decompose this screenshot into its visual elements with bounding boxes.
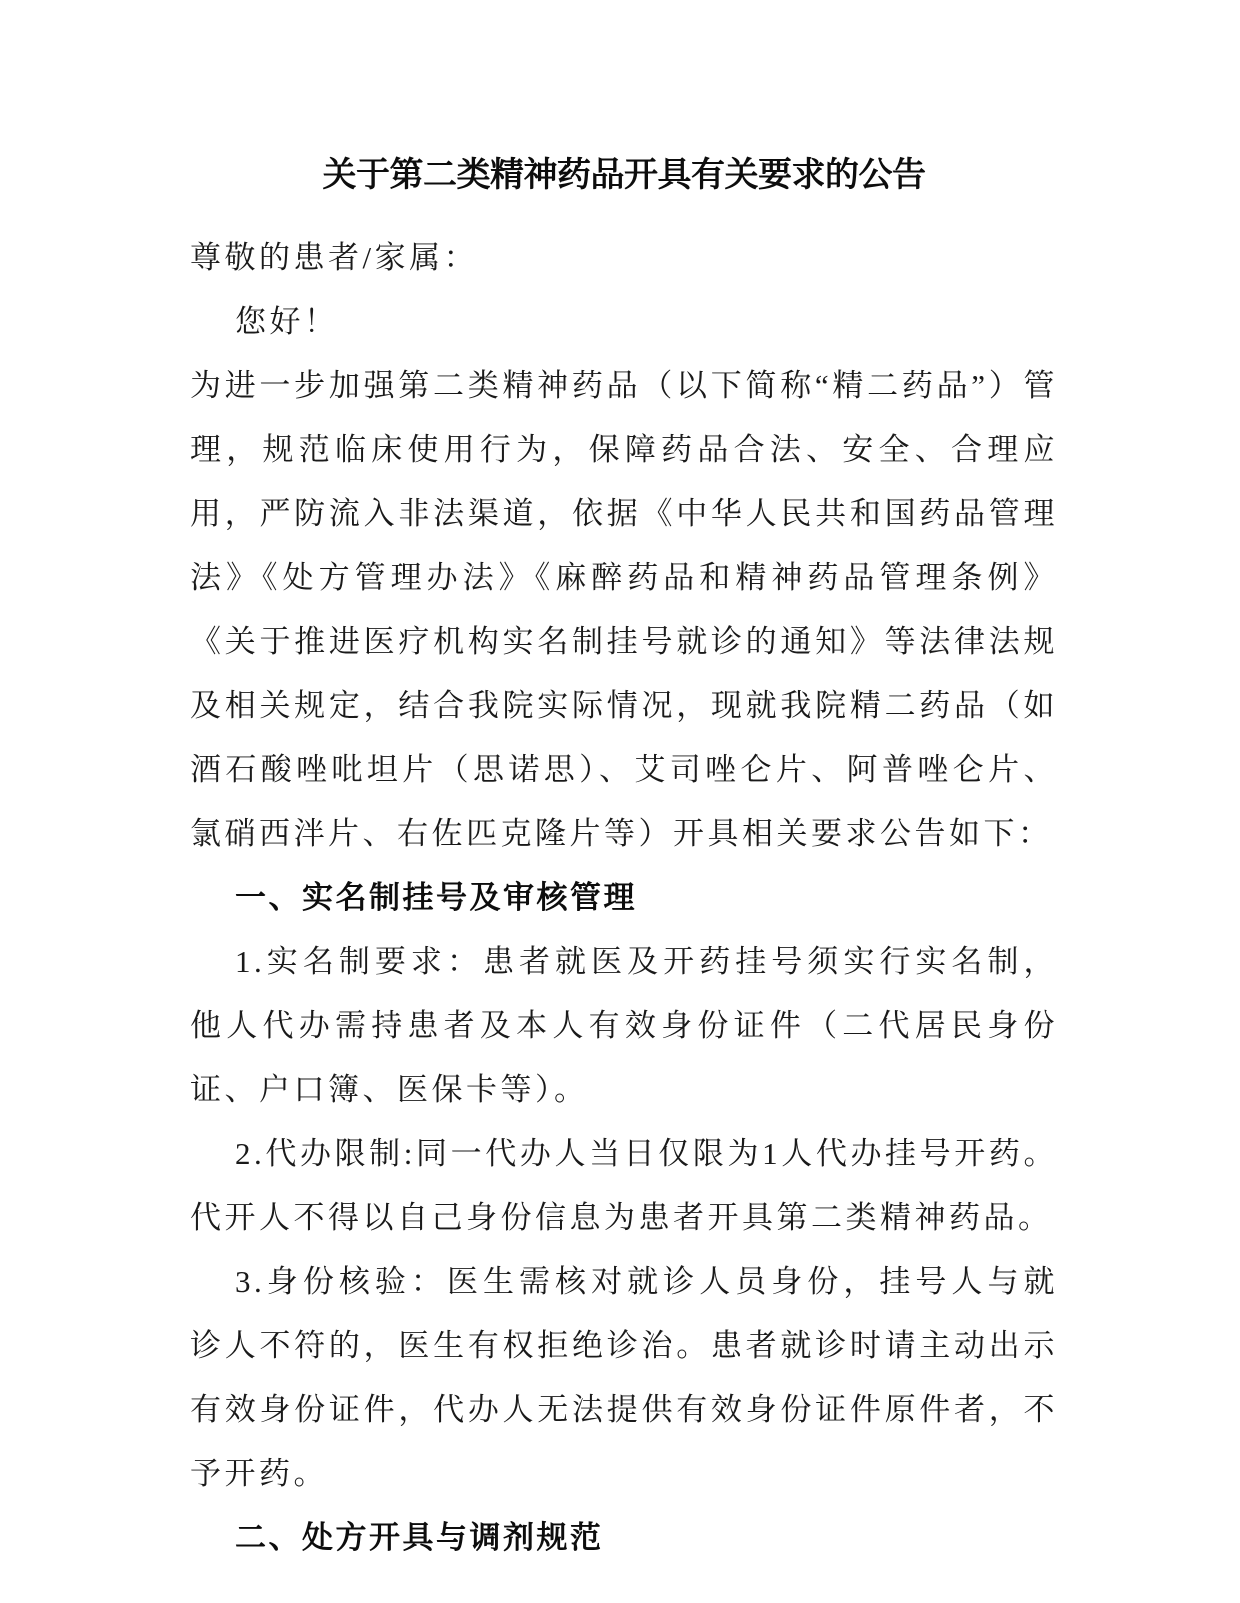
announcement-document: 关于第二类精神药品开具有关要求的公告 尊敬的患者/家属： 您好！ 为进一步加强第…: [0, 0, 1240, 1603]
greeting-line: 您好！: [190, 290, 1058, 354]
document-body: 尊敬的患者/家属： 您好！ 为进一步加强第二类精神药品（以下简称“精二药品”）管…: [190, 226, 1058, 1570]
section-2-heading: 二、处方开具与调剂规范: [190, 1506, 1058, 1570]
section-1-item-3: 3.身份核验：医生需核对就诊人员身份，挂号人与就诊人不符的，医生有权拒绝诊治。患…: [190, 1250, 1058, 1506]
section-1-item-1: 1.实名制要求：患者就医及开药挂号须实行实名制，他人代办需持患者及本人有效身份证…: [190, 930, 1058, 1122]
section-1-heading: 一、实名制挂号及审核管理: [190, 866, 1058, 930]
section-1-item-2: 2.代办限制:同一代办人当日仅限为1人代办挂号开药。代开人不得以自己身份信息为患…: [190, 1122, 1058, 1250]
document-title: 关于第二类精神药品开具有关要求的公告: [190, 148, 1058, 202]
salutation-line: 尊敬的患者/家属：: [190, 226, 1058, 290]
intro-paragraph: 为进一步加强第二类精神药品（以下简称“精二药品”）管理，规范临床使用行为，保障药…: [190, 354, 1058, 866]
